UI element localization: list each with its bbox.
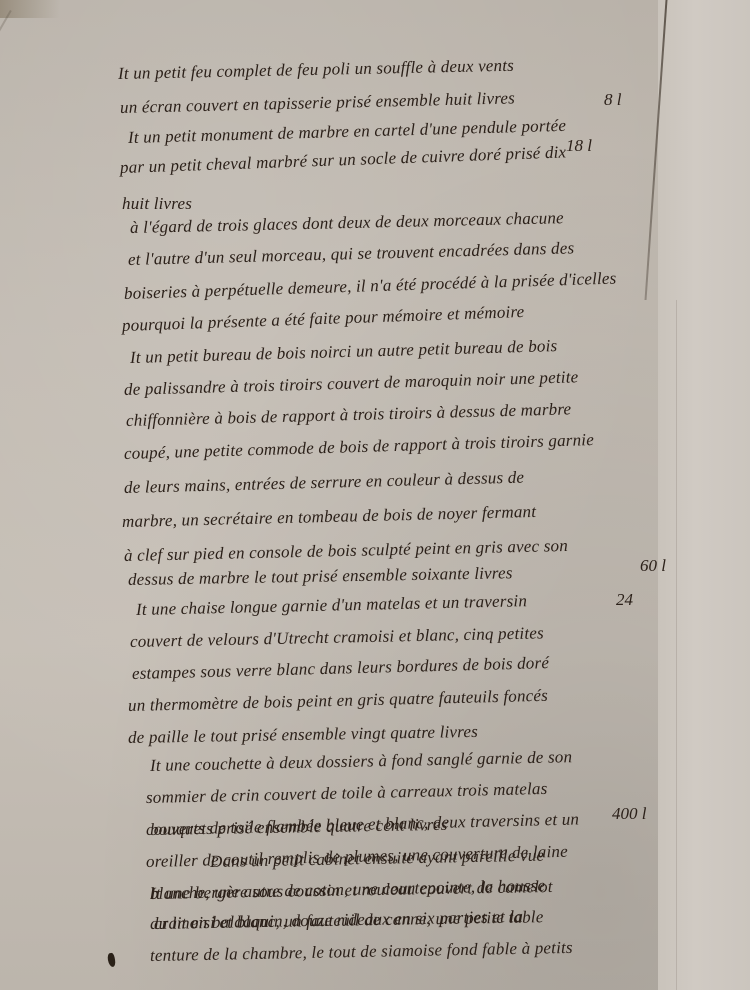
manuscript-page: It un petit feu complet de feu poli un s… [0, 0, 750, 990]
manuscript-line: chiffonnière à bois de rapport à trois t… [126, 399, 572, 431]
manuscript-line: à clef sur pied en console de bois sculp… [124, 536, 568, 566]
price-amount: 8 l [604, 90, 621, 110]
price-amount: 18 l [566, 136, 592, 156]
manuscript-line: estampes sous verre blanc dans leurs bor… [132, 653, 550, 684]
price-amount: 60 l [640, 556, 666, 576]
manuscript-line: huit livres [122, 194, 192, 214]
manuscript-line: It un petit bureau de bois noirci un aut… [130, 336, 558, 368]
manuscript-line: marbre, un secrétaire en tombeau de bois… [122, 502, 537, 532]
handwritten-text-block: It un petit feu complet de feu poli un s… [0, 0, 750, 990]
manuscript-line: It un petit feu complet de feu poli un s… [118, 56, 514, 84]
manuscript-line: It une chaise longue garnie d'un matelas… [136, 591, 527, 620]
manuscript-line: It une bergère sous coussin et rouleau c… [150, 877, 553, 904]
manuscript-line: coupé, une petite commode de bois de rap… [124, 430, 595, 464]
price-amount: 400 l [612, 804, 646, 824]
manuscript-line: It une couchette à deux dossiers à fond … [150, 747, 573, 776]
manuscript-line: dessus de marbre le tout prisé ensemble … [128, 563, 513, 590]
manuscript-line: boiseries à perpétuelle demeure, il n'a … [124, 269, 617, 304]
manuscript-line: sommier de crin couvert de toile à carre… [146, 779, 548, 808]
manuscript-line: de leurs mains, entrées de serrure en co… [124, 468, 525, 498]
manuscript-line: un thermomètre de bois peint en gris qua… [128, 686, 548, 716]
manuscript-line: cramoisi et blanc, un fauteuil de canne,… [154, 907, 544, 934]
manuscript-line: un écran couvert en tapisserie prisé ens… [120, 88, 515, 118]
manuscript-line: couvert de velours d'Utrecht cramoisi et… [130, 623, 544, 652]
manuscript-line: de paille le tout prisé ensemble vingt q… [128, 722, 478, 748]
manuscript-line: à l'égard de trois glaces dont deux de d… [130, 208, 564, 238]
manuscript-line: et l'autre d'un seul morceau, qui se tro… [128, 238, 575, 270]
manuscript-line: bouquets prisé ensemble quatre cent livr… [150, 815, 448, 840]
manuscript-line: par un petit cheval marbré sur un socle … [120, 142, 567, 178]
price-amount: 24 [616, 590, 633, 610]
manuscript-line: pourquoi la présente a été faite pour mé… [122, 302, 525, 336]
manuscript-line: de palissandre à trois tiroirs couvert d… [124, 367, 579, 400]
manuscript-line: tenture de la chambre, le tout de siamoi… [150, 938, 573, 966]
manuscript-line: It un petit monument de marbre en cartel… [128, 116, 567, 148]
